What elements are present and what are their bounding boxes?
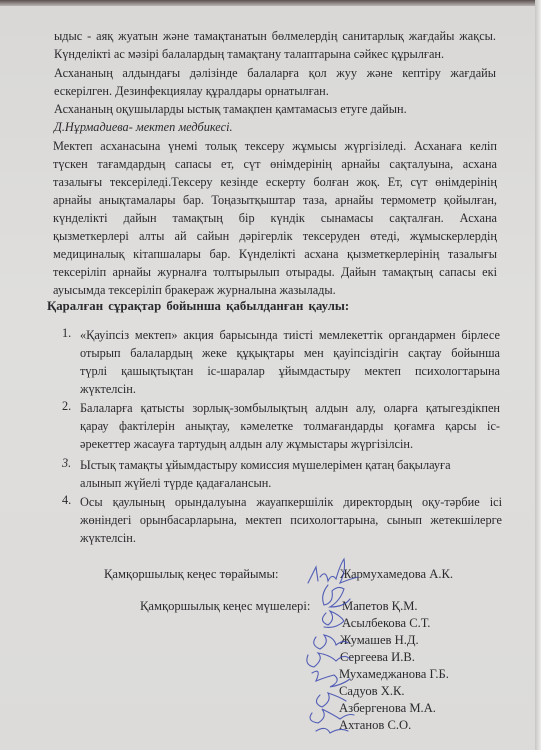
text-line: Мектеп асханасына үнемі толық тексеру жұ… xyxy=(53,137,497,155)
text-line: қызметкерлері алты ай сайын дәрігерлік т… xyxy=(53,227,497,245)
text-line: Балаларға қатысты зорлық-зомбылықтың алд… xyxy=(80,399,500,417)
item-number: 3. xyxy=(62,456,71,471)
text-line: қарау фактілерін анықтау, кәмелетке толм… xyxy=(80,417,500,435)
text-line: отырып балалардың жеке құқықтары мен қау… xyxy=(80,344,500,362)
chair-label: Қамқоршылық кеңес төрайымы: xyxy=(104,566,278,582)
decisions-heading: Қаралған сұрақтар бойынша қабылданған қа… xyxy=(47,297,507,315)
text-line: әрекеттер жасауға тартудың алдын алу жұм… xyxy=(80,435,500,453)
text-line: арнайы анықтамалары бар. Тоңазытқыштар т… xyxy=(53,191,497,209)
item-number: 4. xyxy=(62,493,71,508)
text-line: ыдыс - аяқ жуатын және тамақтанатын бөлм… xyxy=(54,27,496,45)
nurse-signature: Д.Нұрмадиева- мектеп медбикесі. xyxy=(54,118,496,136)
handwritten-signatures-icon xyxy=(300,555,360,740)
text-line: тазалығы тексеріледі.Тексеру кезінде еск… xyxy=(53,173,497,191)
text-line: жөніндегі орынбасарларына, мектеп психол… xyxy=(80,511,502,529)
text-line: тексеріліп арнайы журналға толтырылып от… xyxy=(53,263,497,281)
text-line: Осы қаулының орындалуына жауапкершілік д… xyxy=(80,493,502,511)
members-label: Қамқоршылық кеңес мүшелері: xyxy=(140,598,310,614)
text-line: түскен тағамдардың сапасы ет, сүт өнімде… xyxy=(53,155,497,173)
page-edge xyxy=(535,0,541,750)
text-line: жүктелсін. xyxy=(80,380,500,398)
text-line: күнделікті дайын тамақтың бір күндік сын… xyxy=(53,209,497,227)
text-line: Ыстық тамақты ұйымдастыру комиссия мүшел… xyxy=(80,456,500,474)
text-line: түрлі қашықтықтан іс-шаралар ұйымдастыру… xyxy=(80,362,500,380)
text-line: алынып жүйелі түрде қадағалансын. xyxy=(80,474,500,492)
text-line: ескерілген. Дезинфекциялау құралдары орн… xyxy=(54,82,496,100)
item-number: 2. xyxy=(62,399,71,414)
text-line: «Қауіпсіз мектеп» акция барысында тиісті… xyxy=(80,326,500,344)
text-line: Асхананың алдындағы дәлізінде балаларға … xyxy=(54,64,496,82)
item-number: 1. xyxy=(62,326,71,341)
text-line: Асхананың оқушыларды ыстық тамақпен қамт… xyxy=(54,100,496,118)
text-line: медициналық кітапшалары бар. Күнделікті … xyxy=(53,245,497,263)
text-line: жүктелсін. xyxy=(80,529,502,547)
text-line: Күнделікті ас мәзірі балалардың тамақтан… xyxy=(54,45,496,63)
